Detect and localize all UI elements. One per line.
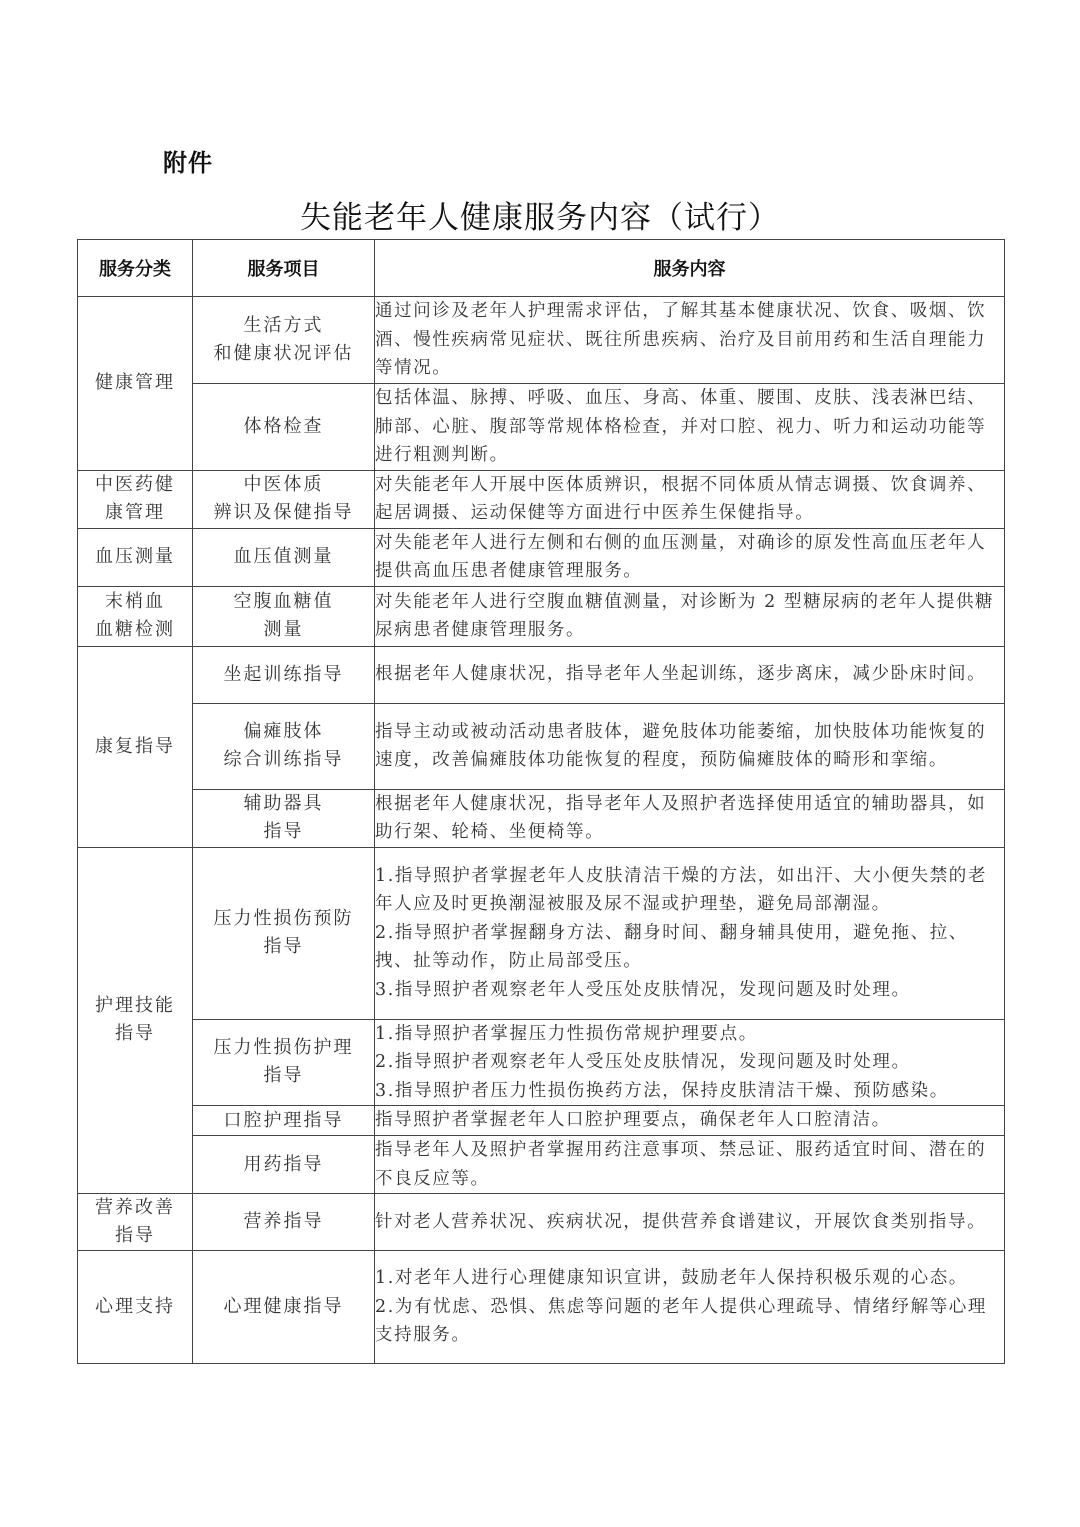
category-cell: 护理技能 指导 <box>78 847 193 1194</box>
table-row: 心理支持 心理健康指导 1.对老年人进行心理健康知识宣讲，鼓励老年人保持积极乐观… <box>78 1251 1005 1364</box>
content-text: 2.指导照护者观察老年人受压处皮肤情况，发现问题及时处理。 <box>375 1048 1004 1077</box>
content-text: 2.指导照护者掌握翻身方法、翻身时间、翻身辅具使用，避免拖、拉、拽、扯等动作，防… <box>375 919 1004 976</box>
table-row: 口腔护理指导 指导照护者掌握老年人口腔护理要点，确保老年人口腔清洁。 <box>78 1106 1005 1136</box>
content-text: 2.为有忧虑、恐惧、焦虑等问题的老年人提供心理疏导、情绪纾解等心理支持服务。 <box>375 1293 1004 1350</box>
table-row: 辅助器具 指导 根据老年人健康状况，指导老年人及照护者选择使用适宜的辅助器具，如… <box>78 789 1005 847</box>
category-cell: 血压测量 <box>78 528 193 586</box>
category-label: 心理支持 <box>78 1293 192 1321</box>
header-content: 服务内容 <box>375 240 1005 297</box>
item-label: 指导 <box>193 933 374 961</box>
item-cell: 压力性损伤护理 指导 <box>193 1019 375 1106</box>
item-label: 用药指导 <box>193 1151 374 1179</box>
item-label: 偏瘫肢体 <box>193 718 374 746</box>
category-label: 指导 <box>78 1222 192 1250</box>
content-text: 针对老人营养状况、疾病状况，提供营养食谱建议，开展饮食类别指导。 <box>375 1208 1004 1237</box>
content-cell: 1.指导照护者掌握老年人皮肤清洁干燥的方法，如出汗、大小便失禁的老年人应及时更换… <box>375 847 1005 1019</box>
item-cell: 心理健康指导 <box>193 1251 375 1364</box>
category-label: 康管理 <box>78 499 192 527</box>
document-title: 失能老年人健康服务内容（试行） <box>0 192 1080 237</box>
table-row: 血压测量 血压值测量 对失能老年人进行左侧和右侧的血压测量，对确诊的原发性高血压… <box>78 528 1005 586</box>
category-label: 健康管理 <box>78 369 192 397</box>
item-label: 中医体质 <box>193 471 374 499</box>
category-label: 血糖检测 <box>78 616 192 644</box>
item-label: 口腔护理指导 <box>193 1107 374 1135</box>
content-cell: 1.对老年人进行心理健康知识宣讲，鼓励老年人保持积极乐观的心态。 2.为有忧虑、… <box>375 1251 1005 1364</box>
content-text: 1.指导照护者掌握压力性损伤常规护理要点。 <box>375 1020 1004 1049</box>
content-text: 3.指导照护者观察老年人受压处皮肤情况，发现问题及时处理。 <box>375 976 1004 1005</box>
table-row: 压力性损伤护理 指导 1.指导照护者掌握压力性损伤常规护理要点。 2.指导照护者… <box>78 1019 1005 1106</box>
content-cell: 对失能老年人进行空腹血糖值测量，对诊断为 2 型糖尿病的老年人提供糖尿病患者健康… <box>375 586 1005 646</box>
service-content-table: 服务分类 服务项目 服务内容 健康管理 生活方式 和健康状况评估 通过问诊及老年… <box>77 239 1005 1364</box>
item-label: 压力性损伤预防 <box>193 905 374 933</box>
item-cell: 用药指导 <box>193 1136 375 1194</box>
item-label: 综合训练指导 <box>193 746 374 774</box>
category-cell: 末梢血 血糖检测 <box>78 586 193 646</box>
item-label: 指导 <box>193 1062 374 1090</box>
content-text: 根据老年人健康状况，指导老年人及照护者选择使用适宜的辅助器具，如助行架、轮椅、坐… <box>375 790 1004 847</box>
category-label: 护理技能 <box>78 992 192 1020</box>
content-text: 3.指导照护者压力性损伤换药方法，保持皮肤清洁干燥、预防感染。 <box>375 1077 1004 1106</box>
content-text: 指导老年人及照护者掌握用药注意事项、禁忌证、服药适宜时间、潜在的不良反应等。 <box>375 1136 1004 1193</box>
content-cell: 对失能老年人进行左侧和右侧的血压测量，对确诊的原发性高血压老年人提供高血压患者健… <box>375 528 1005 586</box>
item-cell: 体格检查 <box>193 384 375 471</box>
table-row: 偏瘫肢体 综合训练指导 指导主动或被动活动患者肢体，避免肢体功能萎缩，加快肢体功… <box>78 703 1005 789</box>
item-cell: 血压值测量 <box>193 528 375 586</box>
content-text: 1.指导照护者掌握老年人皮肤清洁干燥的方法，如出汗、大小便失禁的老年人应及时更换… <box>375 862 1004 919</box>
content-cell: 1.指导照护者掌握压力性损伤常规护理要点。 2.指导照护者观察老年人受压处皮肤情… <box>375 1019 1005 1106</box>
item-label: 血压值测量 <box>193 543 374 571</box>
category-label: 营养改善 <box>78 1194 192 1222</box>
content-text: 指导主动或被动活动患者肢体，避免肢体功能萎缩，加快肢体功能恢复的速度，改善偏瘫肢… <box>375 718 1004 775</box>
item-cell: 辅助器具 指导 <box>193 789 375 847</box>
item-cell: 营养指导 <box>193 1194 375 1251</box>
content-cell: 根据老年人健康状况，指导老年人坐起训练，逐步离床，减少卧床时间。 <box>375 646 1005 703</box>
content-text: 根据老年人健康状况，指导老年人坐起训练，逐步离床，减少卧床时间。 <box>375 660 1004 689</box>
item-cell: 中医体质 辨识及保健指导 <box>193 470 375 528</box>
item-label: 压力性损伤护理 <box>193 1034 374 1062</box>
item-label: 心理健康指导 <box>193 1293 374 1321</box>
content-cell: 指导老年人及照护者掌握用药注意事项、禁忌证、服药适宜时间、潜在的不良反应等。 <box>375 1136 1005 1194</box>
category-label: 血压测量 <box>78 543 192 571</box>
item-label: 和健康状况评估 <box>193 340 374 368</box>
category-label: 康复指导 <box>78 733 192 761</box>
content-cell: 针对老人营养状况、疾病状况，提供营养食谱建议，开展饮食类别指导。 <box>375 1194 1005 1251</box>
category-label: 末梢血 <box>78 588 192 616</box>
table-row: 健康管理 生活方式 和健康状况评估 通过问诊及老年人护理需求评估，了解其基本健康… <box>78 297 1005 384</box>
item-label: 体格检查 <box>193 413 374 441</box>
item-cell: 生活方式 和健康状况评估 <box>193 297 375 384</box>
item-label: 指导 <box>193 818 374 846</box>
item-label: 空腹血糖值 <box>193 588 374 616</box>
item-label: 营养指导 <box>193 1208 374 1236</box>
category-label: 中医药健 <box>78 471 192 499</box>
item-cell: 口腔护理指导 <box>193 1106 375 1136</box>
content-text: 指导照护者掌握老年人口腔护理要点，确保老年人口腔清洁。 <box>375 1106 1004 1135</box>
category-cell: 心理支持 <box>78 1251 193 1364</box>
item-cell: 坐起训练指导 <box>193 646 375 703</box>
table-header-row: 服务分类 服务项目 服务内容 <box>78 240 1005 297</box>
item-label: 生活方式 <box>193 312 374 340</box>
item-cell: 空腹血糖值 测量 <box>193 586 375 646</box>
content-cell: 通过问诊及老年人护理需求评估，了解其基本健康状况、饮食、吸烟、饮酒、慢性疾病常见… <box>375 297 1005 384</box>
header-category: 服务分类 <box>78 240 193 297</box>
content-cell: 指导照护者掌握老年人口腔护理要点，确保老年人口腔清洁。 <box>375 1106 1005 1136</box>
category-cell: 康复指导 <box>78 646 193 847</box>
table-row: 末梢血 血糖检测 空腹血糖值 测量 对失能老年人进行空腹血糖值测量，对诊断为 2… <box>78 586 1005 646</box>
content-text: 包括体温、脉搏、呼吸、血压、身高、体重、腰围、皮肤、浅表淋巴结、肺部、心脏、腹部… <box>375 384 1004 470</box>
table-row: 用药指导 指导老年人及照护者掌握用药注意事项、禁忌证、服药适宜时间、潜在的不良反… <box>78 1136 1005 1194</box>
category-cell: 中医药健 康管理 <box>78 470 193 528</box>
item-label: 测量 <box>193 616 374 644</box>
category-cell: 健康管理 <box>78 297 193 471</box>
content-cell: 包括体温、脉搏、呼吸、血压、身高、体重、腰围、皮肤、浅表淋巴结、肺部、心脏、腹部… <box>375 384 1005 471</box>
category-cell: 营养改善 指导 <box>78 1194 193 1251</box>
table-row: 中医药健 康管理 中医体质 辨识及保健指导 对失能老年人开展中医体质辨识，根据不… <box>78 470 1005 528</box>
table-row: 营养改善 指导 营养指导 针对老人营养状况、疾病状况，提供营养食谱建议，开展饮食… <box>78 1194 1005 1251</box>
content-cell: 根据老年人健康状况，指导老年人及照护者选择使用适宜的辅助器具，如助行架、轮椅、坐… <box>375 789 1005 847</box>
header-item: 服务项目 <box>193 240 375 297</box>
content-text: 通过问诊及老年人护理需求评估，了解其基本健康状况、饮食、吸烟、饮酒、慢性疾病常见… <box>375 297 1004 383</box>
content-text: 对失能老年人进行空腹血糖值测量，对诊断为 2 型糖尿病的老年人提供糖尿病患者健康… <box>375 588 1004 645</box>
item-cell: 压力性损伤预防 指导 <box>193 847 375 1019</box>
table-row: 康复指导 坐起训练指导 根据老年人健康状况，指导老年人坐起训练，逐步离床，减少卧… <box>78 646 1005 703</box>
content-cell: 指导主动或被动活动患者肢体，避免肢体功能萎缩，加快肢体功能恢复的速度，改善偏瘫肢… <box>375 703 1005 789</box>
table-row: 体格检查 包括体温、脉搏、呼吸、血压、身高、体重、腰围、皮肤、浅表淋巴结、肺部、… <box>78 384 1005 471</box>
item-label: 辨识及保健指导 <box>193 499 374 527</box>
content-text: 对失能老年人进行左侧和右侧的血压测量，对确诊的原发性高血压老年人提供高血压患者健… <box>375 529 1004 586</box>
content-cell: 对失能老年人开展中医体质辨识，根据不同体质从情志调摄、饮食调养、起居调摄、运动保… <box>375 470 1005 528</box>
category-label: 指导 <box>78 1020 192 1048</box>
content-text: 1.对老年人进行心理健康知识宣讲，鼓励老年人保持积极乐观的心态。 <box>375 1264 1004 1293</box>
attachment-label: 附件 <box>163 143 213 178</box>
table-row: 护理技能 指导 压力性损伤预防 指导 1.指导照护者掌握老年人皮肤清洁干燥的方法… <box>78 847 1005 1019</box>
item-label: 坐起训练指导 <box>193 661 374 689</box>
item-label: 辅助器具 <box>193 790 374 818</box>
content-text: 对失能老年人开展中医体质辨识，根据不同体质从情志调摄、饮食调养、起居调摄、运动保… <box>375 471 1004 528</box>
item-cell: 偏瘫肢体 综合训练指导 <box>193 703 375 789</box>
